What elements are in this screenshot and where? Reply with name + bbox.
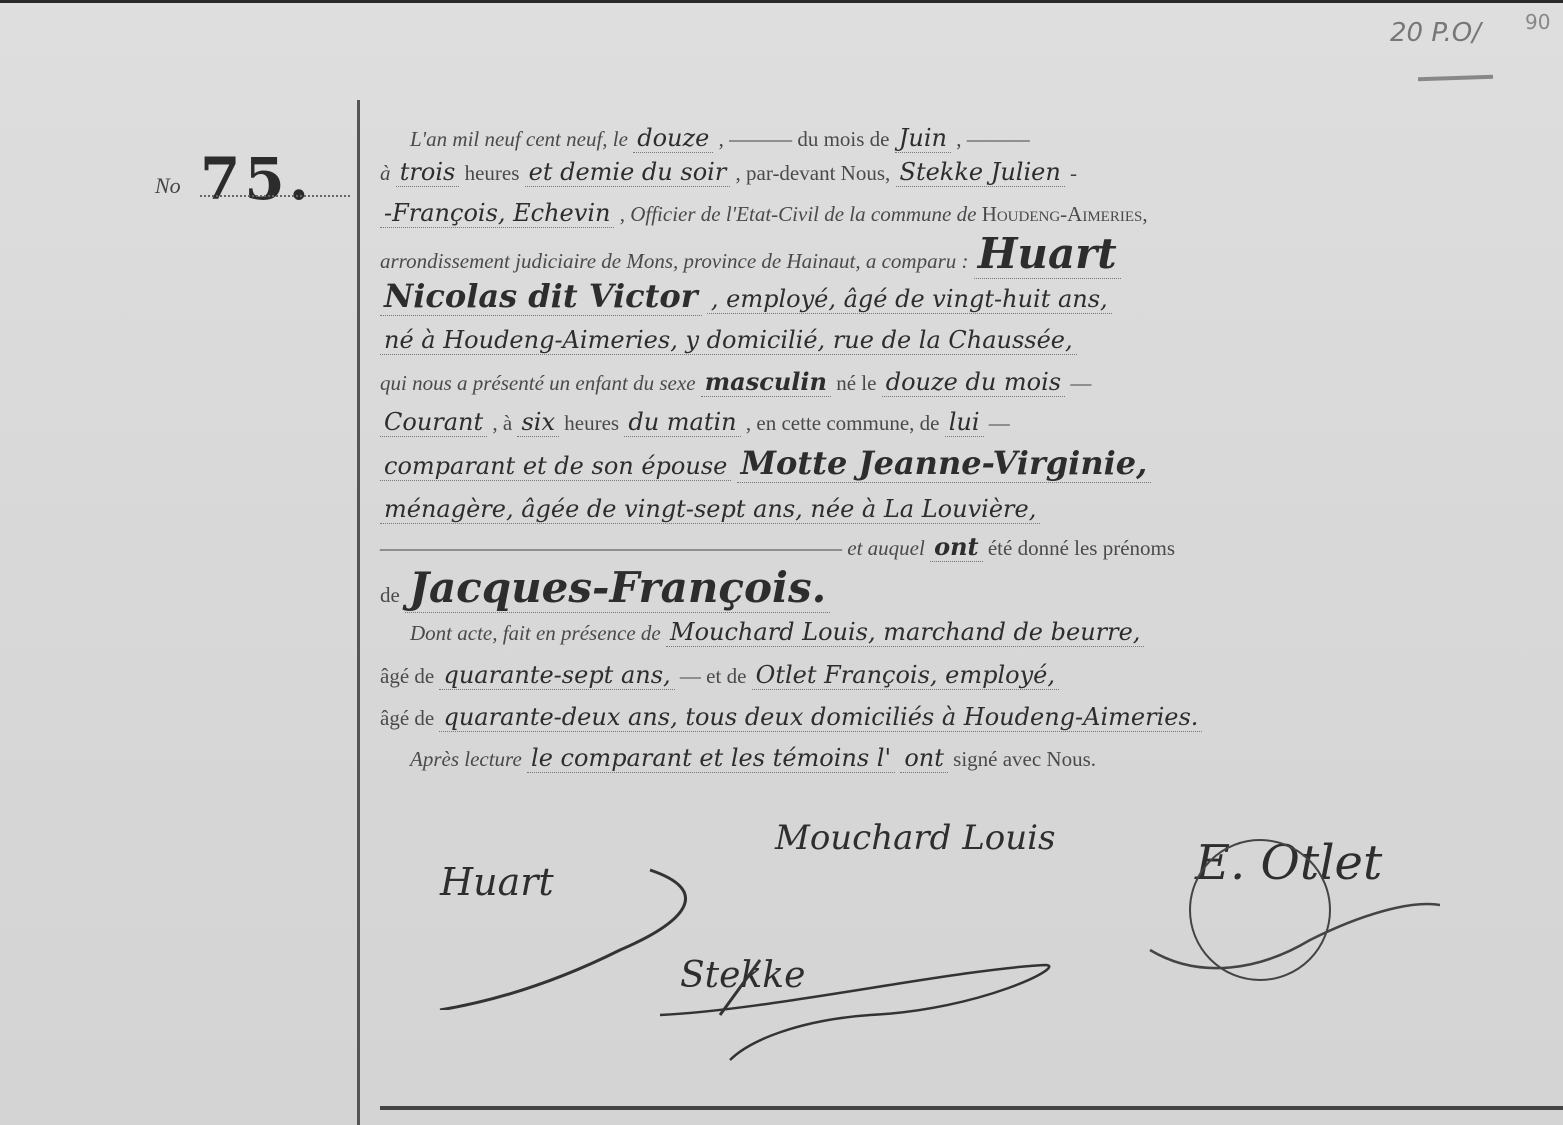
printed-text: âgé de [380, 706, 434, 730]
handwritten-declarant-residence: né à Houdeng-Aimeries, y domicilié, rue … [380, 326, 1077, 355]
handwritten-birth-day: douze du mois [882, 368, 1065, 397]
filler-dash: , ——— [956, 127, 1030, 151]
printed-text: signé avec Nous. [953, 747, 1096, 771]
act-line-6: né à Houdeng-Aimeries, y domicilié, rue … [380, 320, 1500, 360]
handwritten-child-given-names: Jacques-François. [405, 563, 830, 613]
signature-flourish-officer [650, 950, 1070, 1070]
handwritten-hour: trois [396, 158, 460, 187]
printed-text: de [380, 583, 400, 607]
folio-page-number: 90 [1525, 10, 1550, 34]
handwritten-verb: ont [930, 532, 983, 562]
folio-underline [1418, 75, 1493, 82]
handwritten-witness-2: Otlet François, employé, [752, 661, 1059, 690]
handwritten-birth-period: du matin [624, 408, 740, 437]
folio-note: 20 P.O/ [1390, 18, 1481, 48]
printed-commune-name: Houdeng-Aimeries, [982, 202, 1148, 226]
signature-flourish-witness-2 [1140, 830, 1450, 990]
handwritten-mother-details: ménagère, âgée de vingt-sept ans, née à … [380, 495, 1040, 524]
act-line-16: Après lecture le comparant et les témoin… [410, 738, 1530, 778]
handwritten-mother-name: Motte Jeanne-Virginie, [737, 444, 1152, 483]
handwritten-father-ref: lui [945, 408, 984, 437]
handwritten-current: Courant [380, 408, 487, 437]
act-line-2: à trois heures et demie du soir , par-de… [380, 152, 1500, 192]
handwritten-witness-1: Mouchard Louis, marchand de beurre, [666, 618, 1144, 647]
printed-text: du mois de [797, 127, 889, 151]
handwritten-officer-title: -François, Echevin [380, 199, 614, 228]
filler-dash: - [1070, 161, 1077, 185]
filler-dash: — [1070, 371, 1091, 395]
register-number-dotted-line [200, 195, 350, 197]
act-line-15: âgé de quarante-deux ans, tous deux domi… [380, 697, 1500, 737]
signature-witness-1: Mouchard Louis [775, 818, 1055, 858]
printed-text: âgé de [380, 664, 434, 688]
filler-dash: — [989, 411, 1010, 435]
handwritten-declarant-details: , employé, âgé de vingt-huit ans, [707, 285, 1112, 314]
act-line-5: Nicolas dit Victor , employé, âgé de vin… [380, 276, 1500, 316]
act-line-12: de Jacques-François. [380, 568, 1500, 608]
printed-text: et de [706, 664, 746, 688]
handwritten-witness-2-details: quarante-deux ans, tous deux domiciliés … [439, 703, 1202, 732]
handwritten-sex: masculin [701, 367, 831, 397]
handwritten-declarant-surname: Huart [974, 229, 1121, 279]
printed-text: heures [465, 161, 520, 185]
handwritten-signers: le comparant et les témoins l' [527, 744, 895, 773]
handwritten-witness-1-age: quarante-sept ans, [439, 661, 674, 690]
printed-text: à [380, 161, 391, 185]
printed-text: , en cette commune, de [746, 411, 940, 435]
register-number-value: 75. [200, 145, 313, 213]
handwritten-spouse-intro: comparant et de son épouse [380, 452, 731, 481]
printed-text: , par-devant Nous, [736, 161, 891, 185]
printed-text: heures [564, 411, 619, 435]
handwritten-time-detail: et demie du soir [525, 158, 731, 187]
handwritten-declarant-given-names: Nicolas dit Victor [380, 277, 702, 316]
printed-text: été donné les prénoms [988, 536, 1175, 560]
act-line-11: —————————————————————— et auquel ont été… [380, 527, 1500, 567]
register-number-label: No [155, 173, 181, 199]
handwritten-officer-name: Stekke Julien [896, 158, 1065, 187]
handwritten-month: Juin [895, 124, 951, 153]
printed-text: , Officier de l'Etat-Civil de la commune… [620, 202, 977, 226]
printed-text: qui nous a présenté un enfant du sexe [380, 371, 696, 395]
act-line-9: comparant et de son épouse Motte Jeanne-… [380, 443, 1500, 483]
act-line-10: ménagère, âgée de vingt-sept ans, née à … [380, 489, 1500, 529]
act-line-14: âgé de quarante-sept ans, — et de Otlet … [380, 655, 1500, 695]
act-line-3: -François, Echevin , Officier de l'Etat-… [380, 193, 1500, 233]
act-line-7: qui nous a présenté un enfant du sexe ma… [380, 362, 1500, 402]
scan-top-edge [0, 0, 1563, 3]
printed-text: et auquel [847, 536, 925, 560]
bottom-rule [380, 1106, 1563, 1110]
margin-rule [357, 100, 360, 1125]
filler-dash: , ——— [719, 127, 793, 151]
handwritten-verb: ont [900, 744, 948, 773]
printed-text: L'an mil neuf cent neuf, le [410, 127, 628, 151]
printed-text: arrondissement judiciaire de Mons, provi… [380, 249, 969, 273]
document-page: 20 P.O/ 90 No 75. L'an mil neuf cent neu… [0, 0, 1563, 1125]
act-line-13: Dont acte, fait en présence de Mouchard … [410, 612, 1530, 652]
act-line-8: Courant , à six heures du matin , en cet… [380, 402, 1500, 442]
act-line-4: arrondissement judiciaire de Mons, provi… [380, 234, 1500, 274]
printed-text: , à [492, 411, 512, 435]
handwritten-birth-hour: six [517, 408, 559, 437]
printed-text: Après lecture [410, 747, 522, 771]
printed-text: Dont acte, fait en présence de [410, 621, 661, 645]
printed-text: né le [836, 371, 876, 395]
handwritten-day: douze [633, 124, 713, 153]
filler-dash: — [680, 664, 701, 688]
filler-line: —————————————————————— [380, 536, 842, 560]
register-number: No 75. [155, 145, 340, 205]
